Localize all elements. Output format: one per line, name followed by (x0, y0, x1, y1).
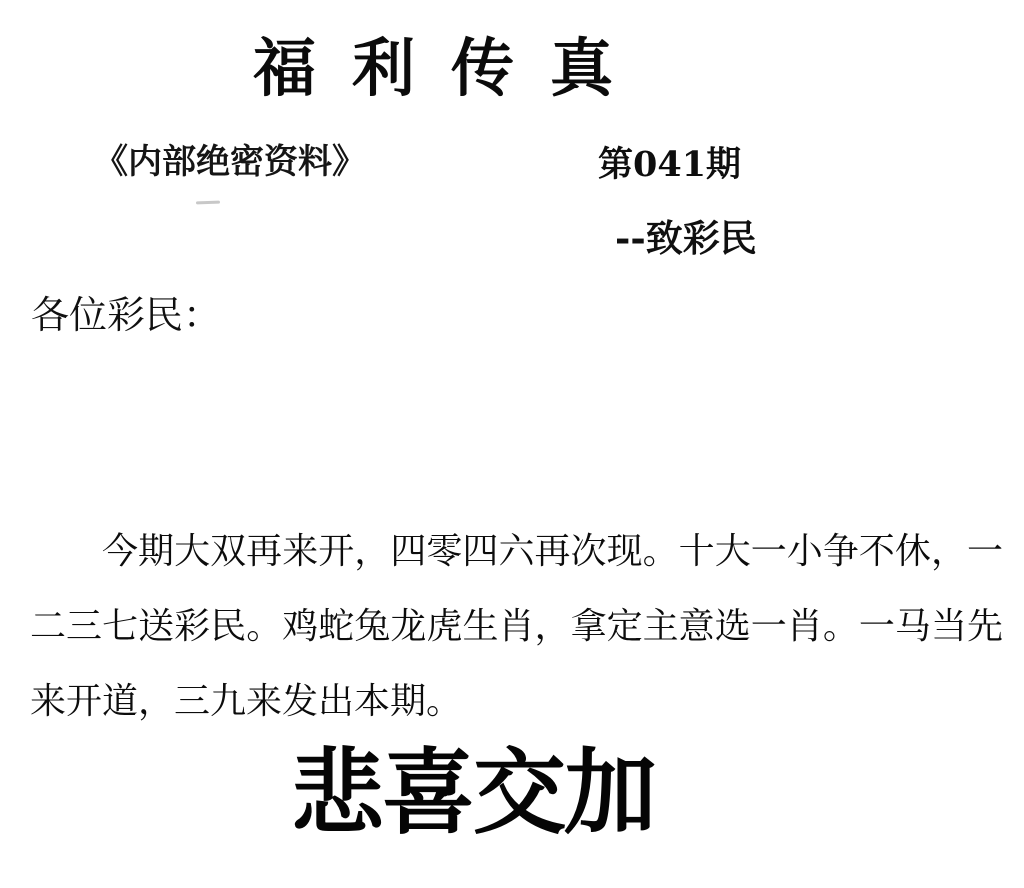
headline: 悲喜交加 (291, 742, 655, 844)
secret-label: 《内部绝密资料》 (94, 142, 366, 183)
salutation: 各位彩民： (31, 293, 221, 339)
body-paragraph: 今期大双再来开，四零四六再次现。十大一小争不休，一二三七送彩民。鸡蛇兔龙虎生肖，… (30, 514, 1003, 739)
page-title: 福利传真 (253, 34, 649, 103)
issue-number: 第041期 (598, 144, 741, 186)
dedication-line: --致彩民 (615, 216, 757, 260)
fax-document: 福利传真 《内部绝密资料》 第041期 --致彩民 各位彩民： 今期大双再来开，… (0, 0, 1024, 888)
scan-artifact-dash (196, 201, 220, 205)
